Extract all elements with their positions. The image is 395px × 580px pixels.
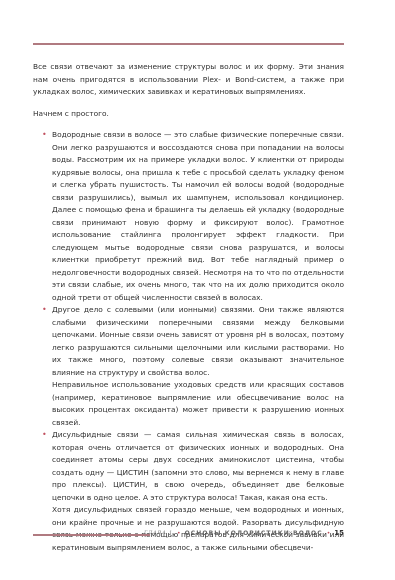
header-rule: [33, 43, 344, 45]
list-item-paragraph: Неправильное использование уходовых сред…: [52, 379, 344, 429]
list-item-paragraph: Дисульфидные связи — самая сильная химич…: [52, 429, 344, 504]
separator-dot-icon: •: [327, 530, 331, 537]
lead-paragraph: Начнем с простого.: [33, 108, 344, 121]
chapter-label: ГЛАВА 1: [144, 530, 173, 536]
bullet-icon: •: [42, 129, 47, 142]
running-footer: ГЛАВА 1 • ОСНОВЫ КОЛОРИСТИКИ ВОЛОС • 15: [155, 529, 344, 537]
footer-rule: [33, 534, 150, 536]
bullet-icon: •: [42, 304, 47, 317]
list-item-ionic-bonds: • Другое дело с солевыми (или ионными) с…: [52, 304, 344, 429]
bond-types-list: • Водородные связи в волосе — это слабые…: [33, 129, 344, 554]
chapter-title: ОСНОВЫ КОЛОРИСТИКИ ВОЛОС: [185, 530, 323, 537]
intro-paragraph: Все связи отвечают за изменение структур…: [33, 61, 344, 99]
bullet-icon: •: [42, 429, 47, 442]
page-number: 15: [334, 529, 344, 537]
list-item-paragraph: Водородные связи в волосе — это слабые ф…: [52, 129, 344, 304]
separator-dot-icon: •: [177, 530, 181, 537]
list-item-paragraph: Другое дело с солевыми (или ионными) свя…: [52, 304, 344, 379]
page-body: Все связи отвечают за изменение структур…: [33, 61, 344, 554]
list-item-hydrogen-bonds: • Водородные связи в волосе — это слабые…: [52, 129, 344, 304]
